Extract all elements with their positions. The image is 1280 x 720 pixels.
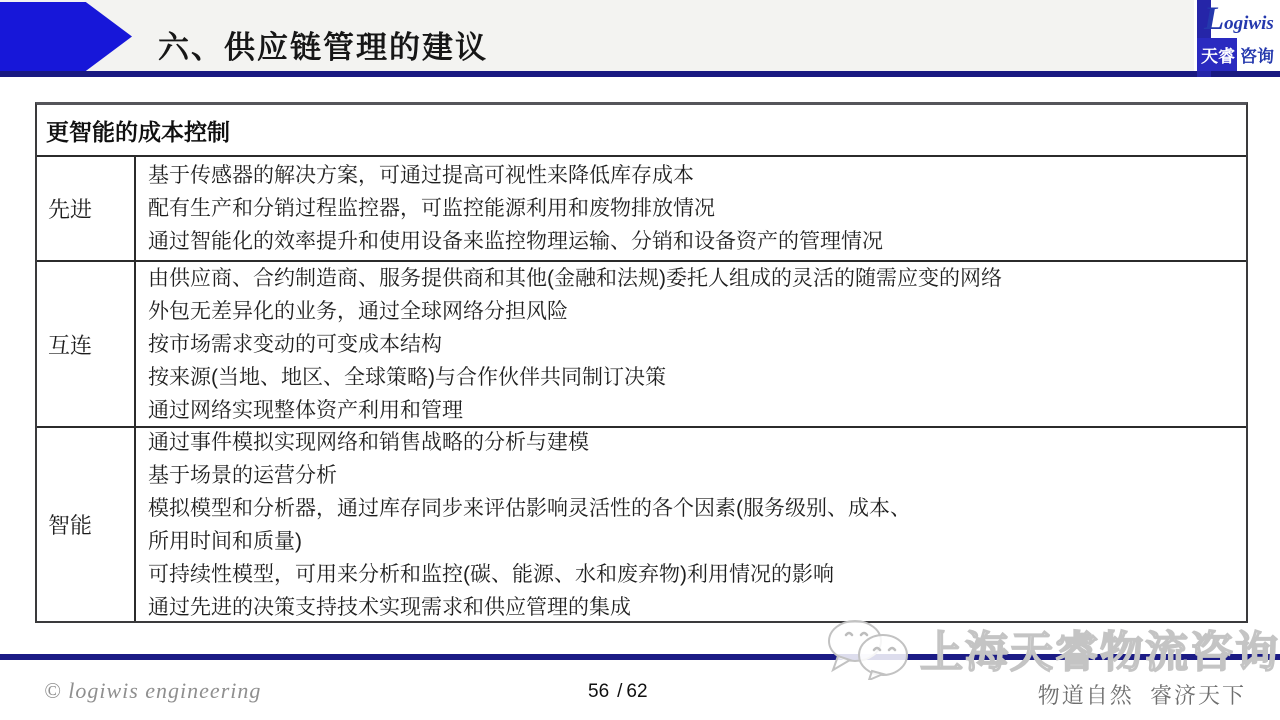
row-label: 智能 — [37, 428, 136, 621]
content-line: 基于传感器的解决方案，可通过提高可视性来降低库存成本 — [148, 159, 1246, 192]
page-current: 56 — [588, 681, 609, 702]
logo-brand-text: Logiwis — [1204, 1, 1274, 38]
table-row: 先进 基于传感器的解决方案，可通过提高可视性来降低库存成本 配有生产和分销过程监… — [37, 155, 1246, 260]
footer-divider-line — [0, 654, 1280, 660]
content-line: 通过先进的决策支持技术实现需求和供应管理的集成 — [148, 591, 1246, 622]
row-content: 由供应商、合约制造商、服务提供商和其他(金融和法规)委托人组成的灵活的随需应变的… — [136, 262, 1246, 426]
content-line: 所用时间和质量) — [148, 525, 1246, 558]
content-line: 基于场景的运营分析 — [148, 459, 1246, 492]
row-label: 先进 — [37, 157, 136, 260]
page-total: 62 — [626, 681, 647, 702]
logo-subtitle: 天睿咨询 — [1197, 38, 1274, 71]
content-line: 通过事件模拟实现网络和销售战略的分析与建模 — [148, 428, 1246, 459]
watermark-bubbles-icon — [826, 618, 914, 680]
company-logo: Logiwis 天睿咨询 — [1194, 0, 1280, 71]
page-separator: / — [617, 681, 622, 702]
page-number: 56/62 — [588, 681, 648, 703]
row-content: 基于传感器的解决方案，可通过提高可视性来降低库存成本 配有生产和分销过程监控器，… — [136, 157, 1246, 260]
recommendations-table: 更智能的成本控制 先进 基于传感器的解决方案，可通过提高可视性来降低库存成本 配… — [35, 102, 1248, 623]
page-title: 六、供应链管理的建议 — [158, 22, 488, 67]
content-line: 按市场需求变动的可变成本结构 — [148, 328, 1246, 361]
content-line: 由供应商、合约制造商、服务提供商和其他(金融和法规)委托人组成的灵活的随需应变的… — [148, 262, 1246, 295]
logo-subtitle-highlight: 天睿 — [1197, 38, 1237, 71]
slogan-text: 物道自然 睿济天下 — [1038, 679, 1246, 710]
row-label: 互连 — [37, 262, 136, 426]
content-line: 可持续性模型，可用来分析和监控(碳、能源、水和废弃物)利用情况的影响 — [148, 558, 1246, 591]
logo-brand-initial: L — [1204, 1, 1224, 37]
content-line: 模拟模型和分析器，通过库存同步来评估影响灵活性的各个因素(服务级别、成本、 — [148, 492, 1246, 525]
content-line: 通过网络实现整体资产利用和管理 — [148, 394, 1246, 427]
watermark: 上海天睿物流咨询 — [826, 618, 1280, 680]
content-line: 配有生产和分销过程监控器，可监控能源利用和废物排放情况 — [148, 192, 1246, 225]
row-content: 通过事件模拟实现网络和销售战略的分析与建模 基于场景的运营分析 模拟模型和分析器… — [136, 428, 1246, 621]
table-row: 智能 通过事件模拟实现网络和销售战略的分析与建模 基于场景的运营分析 模拟模型和… — [37, 426, 1246, 621]
header-band: 六、供应链管理的建议 — [0, 0, 1280, 71]
header-divider-line — [0, 71, 1280, 77]
content-line: 按来源(当地、地区、全球策略)与合作伙伴共同制订决策 — [148, 361, 1246, 394]
table-row: 互连 由供应商、合约制造商、服务提供商和其他(金融和法规)委托人组成的灵活的随需… — [37, 260, 1246, 426]
logo-brand-rest: ogiwis — [1224, 13, 1274, 34]
content-line: 外包无差异化的业务，通过全球网络分担风险 — [148, 295, 1246, 328]
logo-subtitle-rest: 咨询 — [1237, 42, 1274, 67]
watermark-text: 上海天睿物流咨询 — [920, 619, 1280, 680]
copyright-text: © logiwis engineering — [44, 678, 261, 704]
title-arrow-icon — [0, 2, 132, 71]
content-line: 通过智能化的效率提升和使用设备来监控物理运输、分销和设备资产的管理情况 — [148, 225, 1246, 258]
table-title: 更智能的成本控制 — [37, 105, 1246, 155]
